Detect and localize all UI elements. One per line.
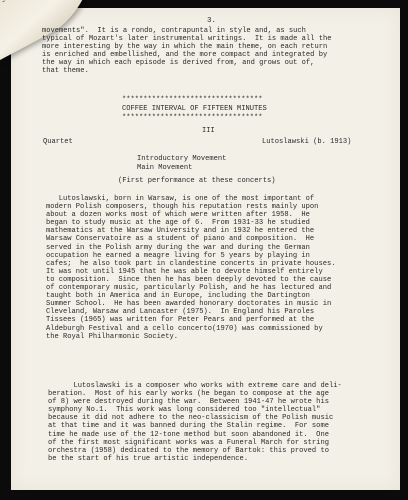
text-line: be the start of his true artistic indepe… [48,455,342,463]
text-line: Summer School. He has been awarded honor… [46,300,335,308]
section-number: III [202,127,215,135]
text-line: taught both in America and in Europe, in… [46,292,335,300]
text-line: Cleveland, Warsaw and Lancaster (1975). … [46,308,335,316]
text-line: modern Polish composers, though his repu… [46,203,335,211]
text-line: about a dozen works most of which were w… [46,211,335,219]
text-line: of the first most significant works was … [48,439,342,447]
text-line: cafes; he also took part in clandestine … [46,260,335,268]
text-line: occupation he earned a meagre living for… [46,252,335,260]
intro-paragraph: movements". It is a rondo, contrapuntal … [42,27,331,76]
text-line: movements". It is a rondo, contrapuntal … [42,27,331,35]
curl-text: "ui ntio. consta [2,0,47,4]
text-line: began to study music at the age of 6. Fr… [46,219,335,227]
piece-composer: Lutoslawski (b. 1913) [262,138,351,146]
text-line: that theme. [42,67,331,75]
text-line: time he made use of the 12-tone method b… [48,431,342,439]
premiere-note: (First performance at these concerts) [118,177,276,185]
text-line: served in the Polish army during the war… [46,244,335,252]
text-line: beration. Most of his early works (he be… [48,390,342,398]
text-line: the way in which each episode is derived… [42,59,331,67]
text-line: of 8) were destroyed during the war. Bet… [48,398,342,406]
interval-title: COFFEE INTERVAL OF FIFTEEN MINUTES [122,105,267,113]
text-line: of contemporary music, particularly Poli… [46,284,335,292]
interval-stars-bottom: ********************************* [122,114,262,122]
text-line: Lutoslawski is a composer who works with… [48,382,342,390]
page-number: 3. [207,17,216,25]
text-line: Warsaw Conservatoire as a student of pia… [46,235,335,243]
text-line: at that time and it was banned during th… [48,422,342,430]
text-line: typical of Mozart's later instrumental w… [42,35,331,43]
text-line: the Royal Philharmonic Society. [46,333,335,341]
movement-2: Main Movement [137,164,192,172]
text-line: Lutoslawski, born in Warsaw, is one of t… [46,195,335,203]
text-line: because it did not adhere to the neo-cla… [48,414,342,422]
text-line: It was not until 1945 that he was able t… [46,268,335,276]
text-line: more interesting by the way in which the… [42,43,331,51]
text-line: Aldeburgh Festival and a cello concerto(… [46,325,335,333]
text-line: to composition. Since then he has been d… [46,276,335,284]
text-line: symphony No.1. This work was long consid… [48,406,342,414]
bio-paragraph-2: Lutoslawski is a composer who works with… [48,382,342,463]
piece-title: Quartet [43,138,73,146]
text-line: orchestra (1958) dedicated to the memory… [48,447,342,455]
movement-1: Introductory Movement [137,155,226,163]
bio-paragraph-1: Lutoslawski, born in Warsaw, is one of t… [46,195,335,341]
interval-stars-top: ********************************* [122,96,262,104]
text-line: is enriched and embellished, and the mor… [42,51,331,59]
text-line: Tissees (1965) was written for Peter Pea… [46,316,335,324]
text-line: mathematics at the Warsaw University and… [46,227,335,235]
